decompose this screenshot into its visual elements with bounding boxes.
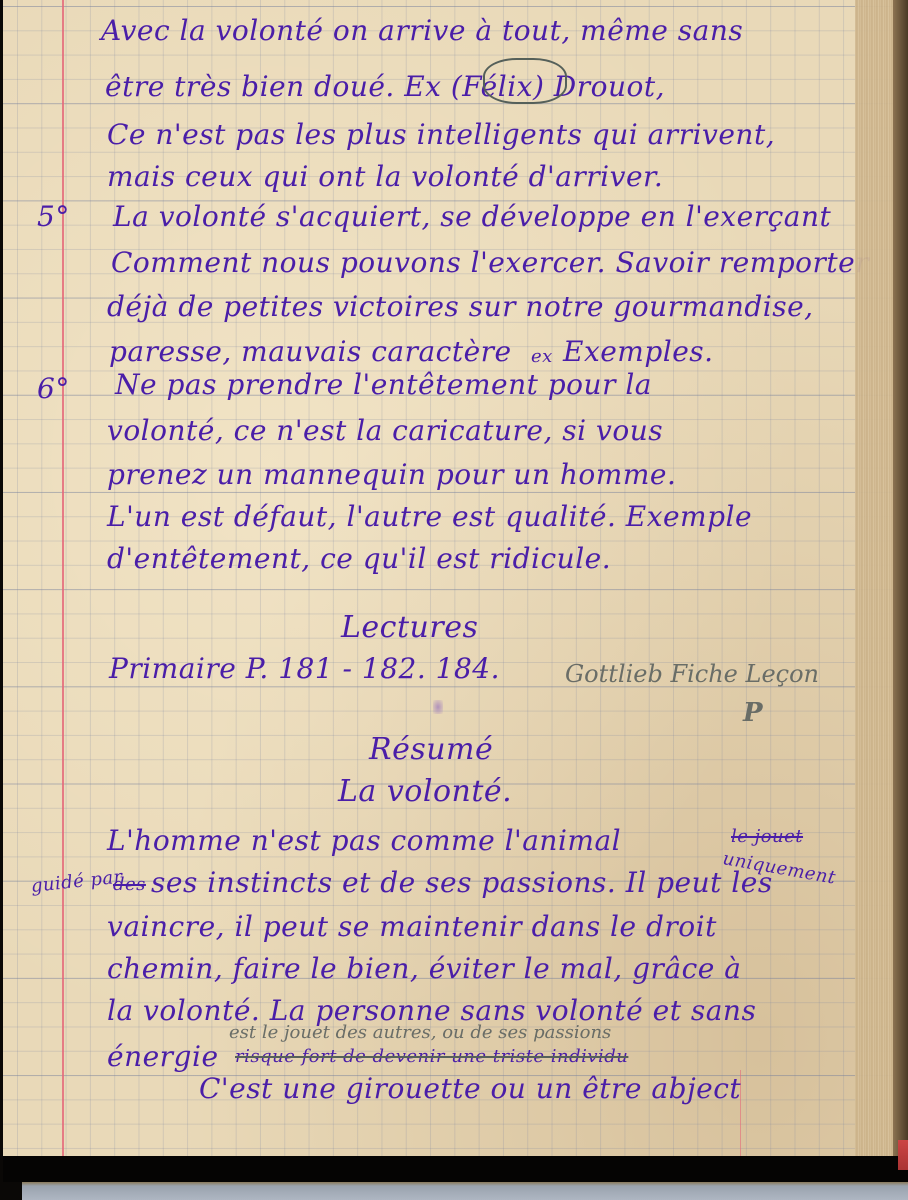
page-bottom-shadow: [3, 1156, 908, 1182]
point-5-line-3: déjà de petites victoires sur notre gour…: [107, 290, 814, 323]
red-margin-line: [62, 0, 64, 1156]
summary-line-1: L'homme n'est pas comme l'animal: [107, 824, 621, 857]
summary-struck-clause: risque fort de devenir une triste indivi…: [235, 1046, 628, 1067]
notebook-page: Avec la volonté on arrive à tout, même s…: [3, 0, 893, 1156]
body-line-2: être très bien doué. Ex (Félix) Drouot,: [105, 70, 665, 103]
readings-heading: Lectures: [341, 610, 478, 645]
stacked-page-edges: [855, 0, 893, 1156]
readings-pencil-note: Gottlieb Fiche Leçon: [565, 660, 819, 688]
readings-line: Primaire P. 181 - 182. 184.: [109, 652, 500, 685]
summary-struck-des: des: [113, 874, 146, 895]
summary-heading: Résumé: [369, 732, 493, 767]
point-6-line-3: prenez un mannequin pour un homme.: [107, 458, 676, 491]
ink-smudge: [433, 700, 443, 714]
summary-struck-jouet: le jouet: [731, 826, 803, 847]
notebook-cover-edge: [893, 0, 908, 1160]
summary-line-7: C'est une girouette ou un être abject: [199, 1072, 741, 1105]
point-5-marker: 5°: [37, 200, 70, 233]
body-line-4: mais ceux qui ont la volonté d'arriver.: [107, 160, 663, 193]
readings-pencil-mark: P: [743, 698, 763, 728]
summary-line-4: chemin, faire le bien, éviter le mal, gr…: [107, 952, 741, 985]
point-6-marker: 6°: [37, 372, 70, 405]
point-6-line-2: volonté, ce n'est la caricature, si vous: [107, 414, 663, 447]
summary-line-3: vaincre, il peut se maintenir dans le dr…: [107, 910, 717, 943]
body-line-1: Avec la volonté on arrive à tout, même s…: [101, 14, 743, 47]
point-6-line-4: L'un est défaut, l'autre est qualité. Ex…: [107, 500, 752, 533]
red-cover-corner: [898, 1140, 908, 1170]
point-5-line-1: La volonté s'acquiert, se développe en l…: [113, 200, 831, 233]
point-5-line-2: Comment nous pouvons l'exercer. Savoir r…: [111, 246, 869, 279]
point-6-line-1: Ne pas prendre l'entêtement pour la: [115, 368, 652, 401]
summary-pencil-insert: est le jouet des autres, ou de ses passi…: [229, 1022, 611, 1043]
summary-line-6: énergie: [107, 1040, 219, 1073]
point-6-line-5: d'entêtement, ce qu'il est ridicule.: [107, 542, 611, 575]
summary-line-2: ses instincts et de ses passions. Il peu…: [151, 866, 773, 899]
body-line-3: Ce n'est pas les plus intelligents qui a…: [107, 118, 775, 151]
summary-subheading: La volonté.: [338, 774, 512, 809]
scanner-bottom-strip: [22, 1182, 908, 1200]
point-5-inline-mark: ex: [531, 346, 553, 367]
point-5-examples: Exemples.: [563, 335, 714, 368]
point-5-line-4: paresse, mauvais caractère: [109, 335, 512, 368]
pencil-circle-annotation: [483, 58, 567, 104]
